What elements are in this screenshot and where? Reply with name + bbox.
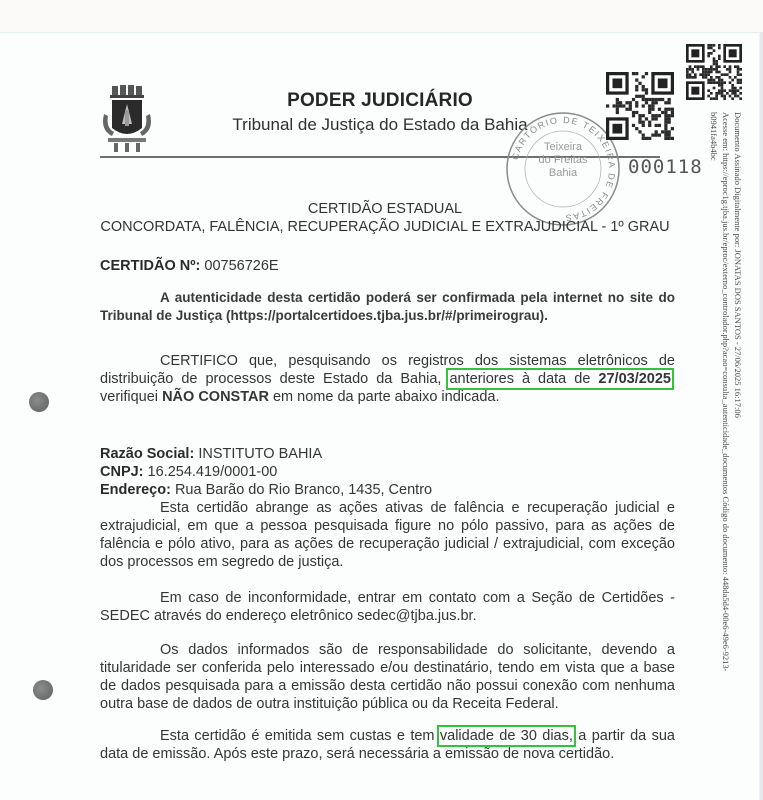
validity-text: Esta certidão é emitida sem custas e tem [160, 728, 435, 744]
razao-social-label: Razão Social: [100, 446, 194, 462]
header: PODER JUDICIÁRIO Tribunal de Justiça do … [220, 90, 540, 135]
cnpj-value: 16.254.419/0001-00 [148, 464, 278, 480]
digital-signature-note: Documento Assinado Digitalmente por: JON… [708, 112, 744, 672]
coat-of-arms-icon [98, 84, 156, 154]
authenticity-paragraph: A autenticidade desta certidão poderá se… [100, 289, 675, 325]
photo-top-band [0, 0, 763, 32]
document-title: CERTIDÃO ESTADUAL CONCORDATA, FALÊNCIA, … [100, 200, 670, 236]
highlight-validity: validade de 30 dias, [440, 728, 573, 744]
certifico-text: verifiquei [100, 389, 158, 405]
scope-paragraph: Esta certidão abrange as ações ativas de… [100, 499, 675, 571]
responsibility-paragraph: Os dados informados são de responsabilid… [100, 641, 675, 713]
title-line-1: CERTIDÃO ESTADUAL [100, 200, 670, 218]
cnpj-label: CNPJ: [100, 464, 144, 480]
title-line-2: CONCORDATA, FALÊNCIA, RECUPERAÇÃO JUDICI… [100, 218, 670, 236]
binder-hole-icon [29, 392, 49, 412]
certifico-text: em nome da parte abaixo indicada. [273, 389, 500, 405]
highlight-date-range: anteriores à data de 27/03/2025 [449, 371, 671, 387]
qr-code-icon[interactable] [606, 72, 674, 140]
header-title: PODER JUDICIÁRIO [220, 90, 540, 112]
scope-text: Esta certidão abrange as ações ativas de… [100, 500, 675, 570]
result-nao-constar: NÃO CONSTAR [162, 389, 269, 405]
svg-text:Bahia: Bahia [549, 167, 578, 179]
page-number-stamp: 000118 [628, 156, 703, 178]
qr-code-icon[interactable] [686, 44, 742, 100]
certificate-number: CERTIDÃO Nº: 00756726E [100, 258, 279, 274]
certifico-paragraph: CERTIFICO que, pesquisando os registros … [100, 352, 675, 406]
cert-number-value: 00756726E [204, 258, 278, 274]
signature-line: Documento Assinado Digitalmente por: JON… [732, 112, 744, 672]
reference-date: 27/03/2025 [598, 371, 671, 387]
header-subtitle: Tribunal de Justiça do Estado da Bahia [220, 115, 540, 135]
svg-text:do Freitas: do Freitas [539, 154, 588, 166]
verification-line: Acesse em: https://eproc1g.tjba.jus.br/e… [708, 112, 732, 672]
endereco-value: Rua Barão do Rio Branco, 1435, Centro [175, 482, 432, 498]
validity-paragraph: Esta certidão é emitida sem custas e tem… [100, 727, 675, 763]
contact-paragraph: Em caso de inconformidade, entrar em con… [100, 589, 675, 625]
highlight-text: anteriores à data de [449, 371, 590, 387]
responsibility-text: Os dados informados são de responsabilid… [100, 642, 675, 712]
razao-social-value: INSTITUTO BAHIA [198, 446, 322, 462]
page-edge [759, 32, 763, 800]
binder-hole-icon [33, 680, 53, 700]
endereco-label: Endereço: [100, 482, 171, 498]
punctuation: , [671, 371, 675, 387]
authenticity-text: A autenticidade desta certidão poderá se… [100, 290, 675, 323]
contact-text: Em caso de inconformidade, entrar em con… [100, 590, 675, 624]
cert-number-label: CERTIDÃO Nº: [100, 258, 200, 274]
svg-text:Teixeira: Teixeira [544, 141, 583, 153]
party-details: Razão Social: INSTITUTO BAHIA CNPJ: 16.2… [100, 445, 432, 499]
